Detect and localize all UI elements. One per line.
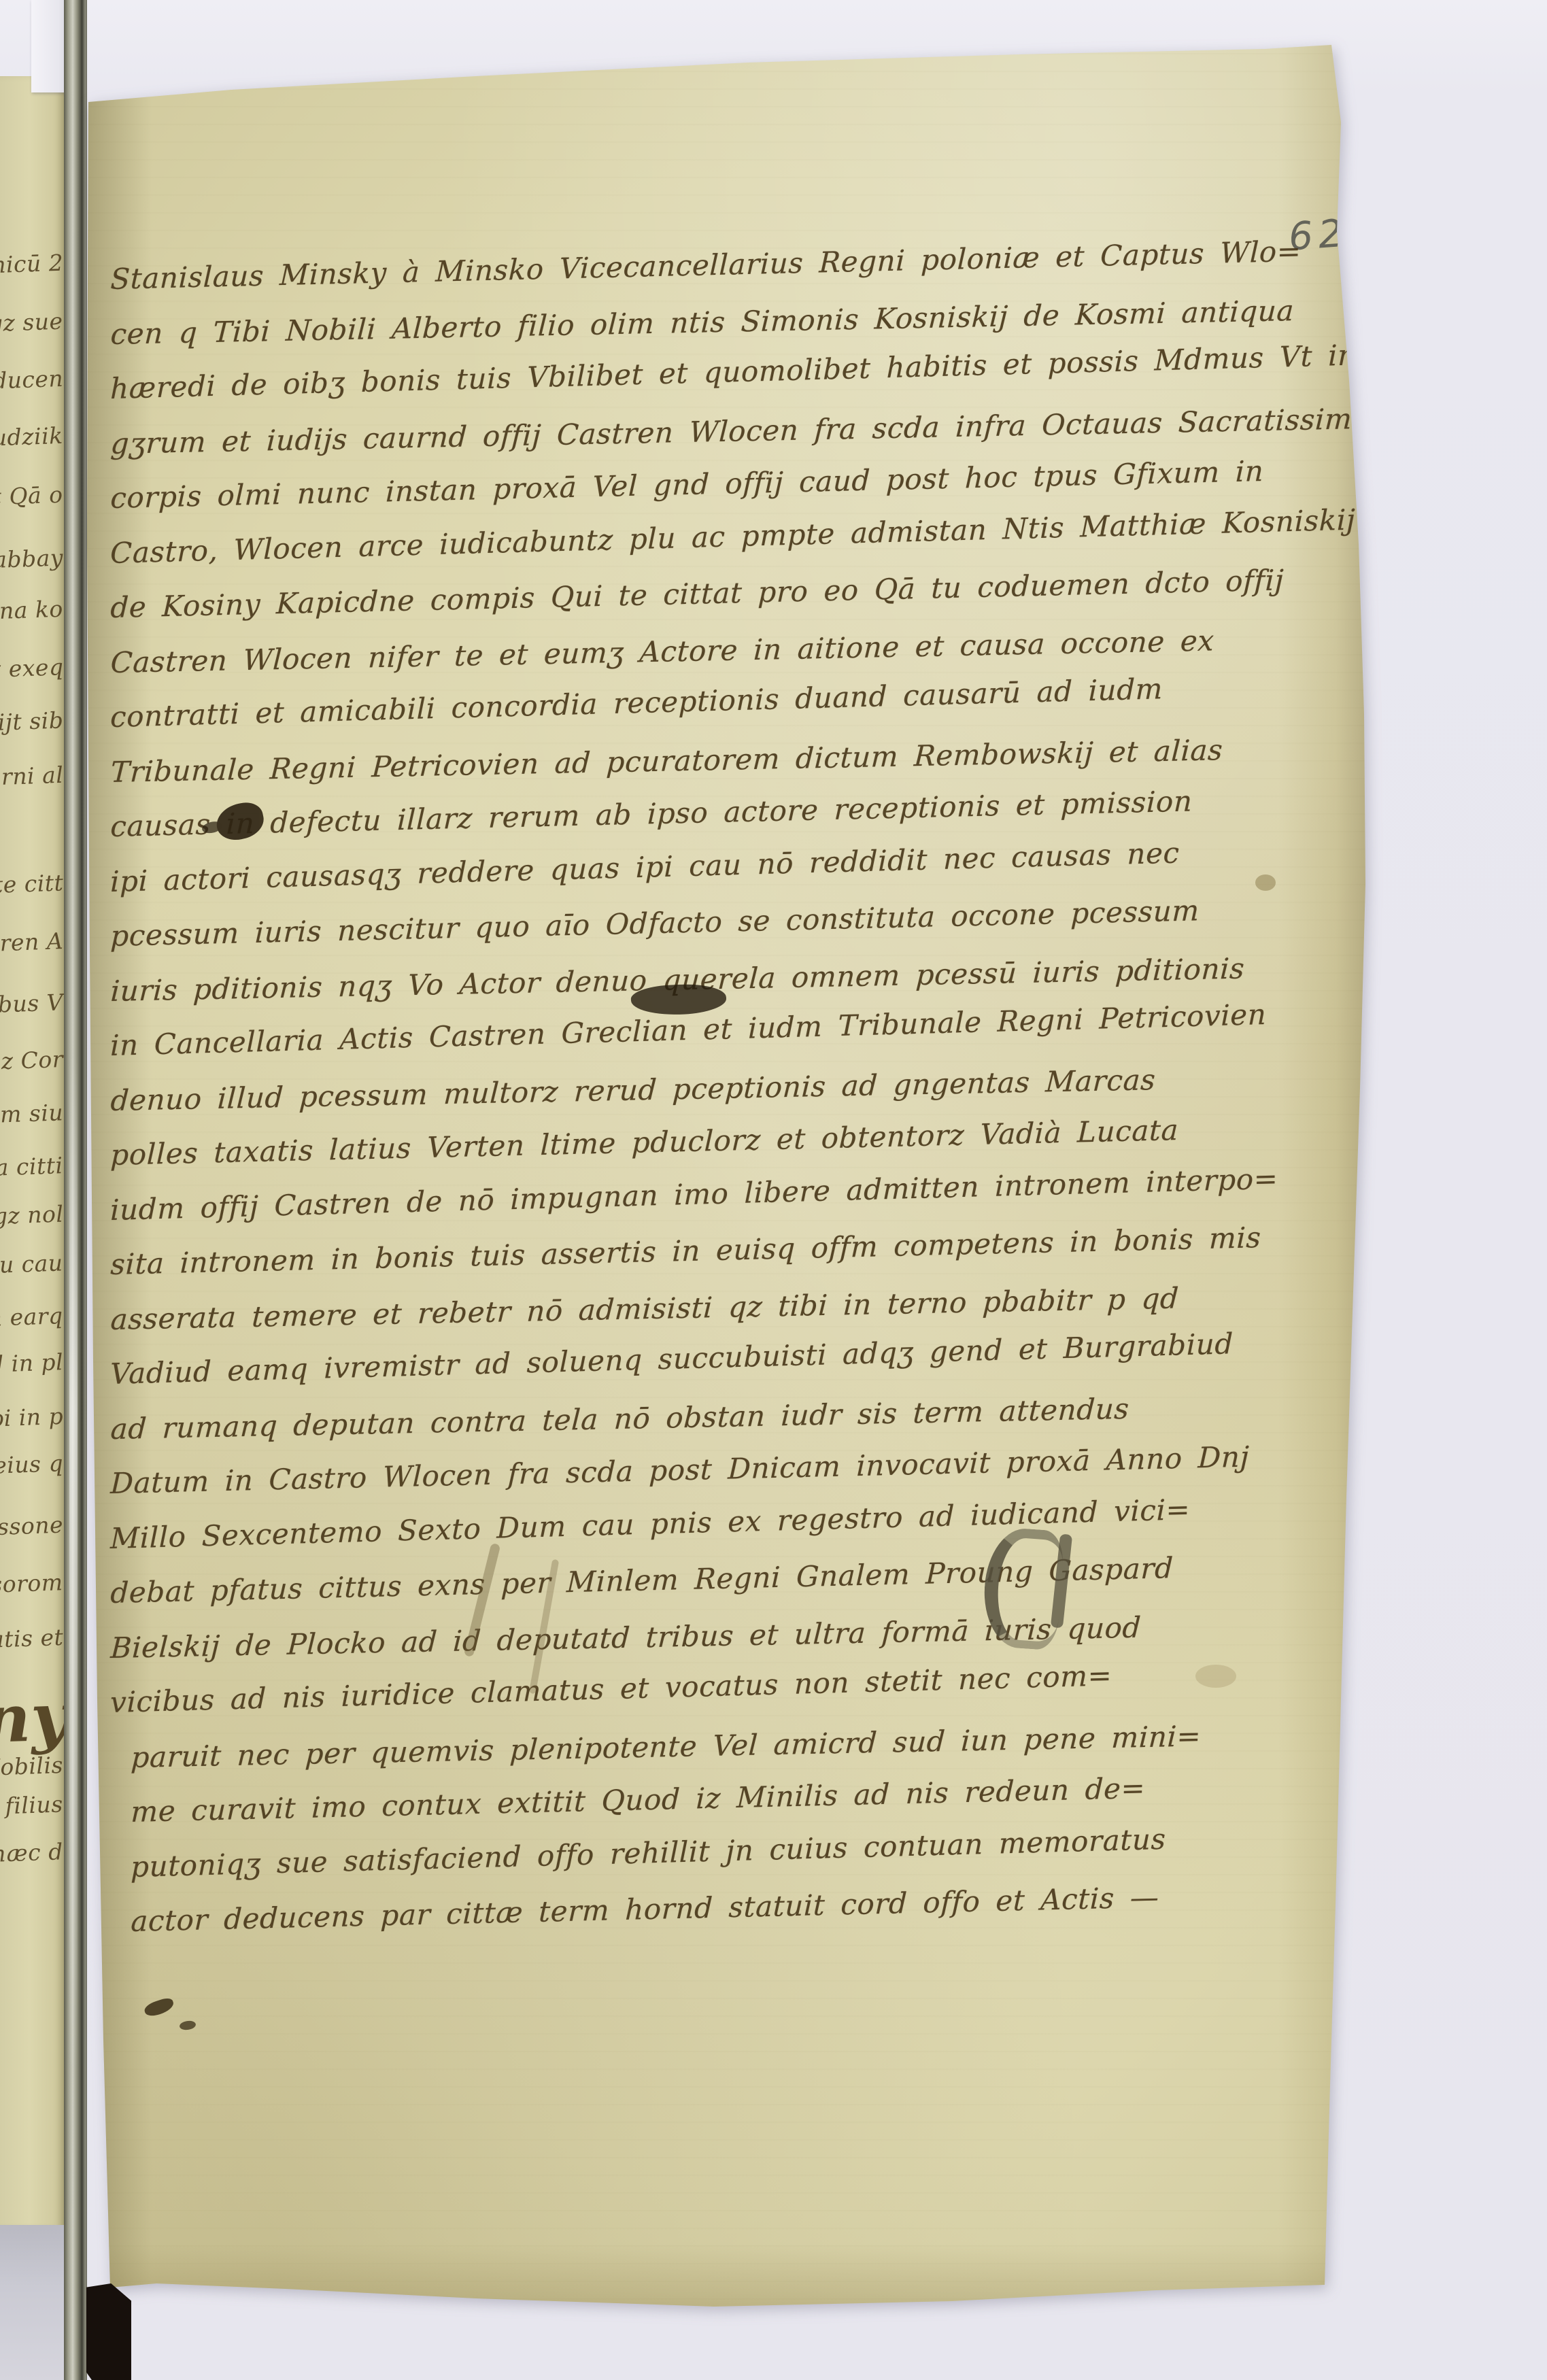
manuscript-scan: amicū 2ingz sueeducenBudziikgit Qā on sa… (0, 0, 1547, 2380)
deckle-edge-shadow (1278, 41, 1367, 2298)
stain (1255, 874, 1276, 891)
binding-shadow-wedge (86, 2283, 131, 2380)
bottom-edge-shadow (102, 2244, 1333, 2309)
manuscript-text-block: Stanislaus Minsky à Minsko Vicecancellar… (110, 262, 1287, 1960)
manuscript-page-wrap: 625 Stanislaus Minsky à Minsko Vicecance… (0, 0, 1547, 2380)
manuscript-page: 625 Stanislaus Minsky à Minsko Vicecance… (0, 0, 1547, 2380)
ink-blot-small (179, 2020, 197, 2030)
stain (1195, 1665, 1236, 1688)
